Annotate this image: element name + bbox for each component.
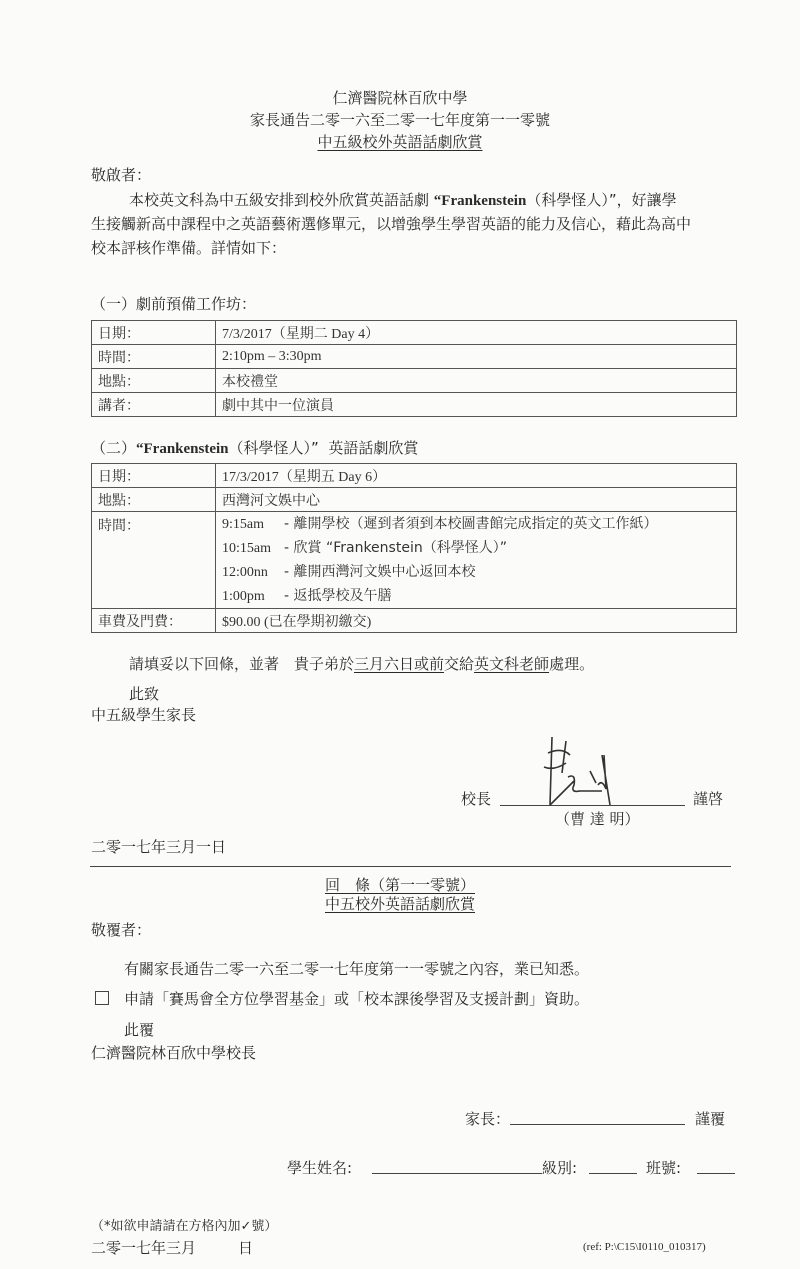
principal-label: 校長: [461, 788, 491, 809]
recipient: 英文科老師: [474, 655, 549, 673]
reply-salutation: 敬覆者：: [91, 919, 151, 940]
notice-subject: 中五級校外英語話劇欣賞: [0, 131, 800, 152]
play-title: “Frankenstein: [136, 441, 229, 457]
venue-value: 西灣河文娛中心: [216, 488, 737, 512]
parent-signature-field[interactable]: [510, 1124, 685, 1125]
schedule-time: 1:00pm: [222, 585, 284, 609]
row-label: 地點：: [92, 369, 216, 393]
table-row: 日期：7/3/2017（星期二 Day 4）: [92, 321, 737, 345]
schedule-item: 1:00pm- 返抵學校及午膳: [222, 584, 736, 608]
intro-text: 本校英文科為中五級安排到校外欣賞英語話劇: [129, 191, 429, 209]
salutation: 敬啟者：: [91, 164, 151, 185]
signature-icon: [540, 733, 620, 808]
notice-date: 二零一七年三月一日: [91, 836, 226, 857]
reference-code: (ref: P:\C15\I0110_010317): [583, 1241, 706, 1253]
play-table: 日期：17/3/2017（星期五 Day 6） 地點：西灣河文娛中心 時間： 9…: [91, 463, 737, 633]
row-value: 本校禮堂: [216, 369, 737, 393]
schedule-time: 12:00nn: [222, 561, 284, 585]
footnote: （*如欲申請請在方格內加✓號）: [91, 1215, 277, 1234]
schedule-cell: 9:15am- 離開學校（遲到者須到本校圖書館完成指定的英文工作紙） 10:15…: [216, 512, 737, 609]
date-value: 17/3/2017（星期五 Day 6）: [216, 464, 737, 488]
table-row: 講者：劇中其中一位演員: [92, 393, 737, 417]
table-row: 地點：西灣河文娛中心: [92, 488, 737, 512]
table-row: 時間：2:10pm – 3:30pm: [92, 345, 737, 369]
schedule-desc: - 離開西灣河文娛中心返回本校: [284, 564, 476, 580]
row-label: 講者：: [92, 393, 216, 417]
venue-label: 地點：: [92, 488, 216, 512]
section2-heading: （二）“Frankenstein（科學怪人）” 英語話劇欣賞: [91, 437, 418, 458]
row-value: 劇中其中一位演員: [216, 393, 737, 417]
class-field[interactable]: [589, 1173, 637, 1174]
subsidy-checkbox[interactable]: [95, 991, 109, 1005]
schedule-desc: - 返抵學校及午膳: [284, 588, 392, 604]
time-label: 時間：: [92, 512, 216, 609]
schedule-item: 10:15am- 欣賞 “Frankenstein（科學怪人）”: [222, 536, 736, 560]
workshop-table: 日期：7/3/2017（星期二 Day 4） 時間：2:10pm – 3:30p…: [91, 320, 737, 417]
reply-title-text: 回 條（第一一零號）: [325, 876, 475, 894]
reply-subtitle-text: 中五校外英語話劇欣賞: [325, 895, 475, 913]
schedule-item: 9:15am- 離開學校（遲到者須到本校圖書館完成指定的英文工作紙）: [222, 512, 736, 536]
reply-closing: 此覆: [124, 1019, 154, 1040]
row-value: 2:10pm – 3:30pm: [216, 345, 737, 369]
parent-respect: 謹覆: [695, 1108, 725, 1129]
date-label: 日期：: [92, 464, 216, 488]
class-no-label: 班號:: [646, 1157, 681, 1178]
reply-date: 二零一七年三月日: [91, 1237, 253, 1258]
student-name-label: 學生姓名:: [287, 1157, 352, 1178]
subsidy-option: 申請「賽馬會全方位學習基金」或「校本課後學習及支援計劃」資助。: [124, 988, 589, 1009]
intro-line-1: 本校英文科為中五級安排到校外欣賞英語話劇 “Frankenstein（科學怪人）…: [129, 189, 677, 210]
student-name-field[interactable]: [372, 1173, 542, 1174]
section1-heading: （一）劇前預備工作坊：: [91, 293, 256, 314]
addressee: 中五級學生家長: [91, 704, 196, 725]
cut-line-divider: [90, 866, 731, 867]
intro-text-post: ，好讓學: [617, 191, 677, 209]
respectfully: 謹啓: [693, 788, 723, 809]
reply-addressee: 仁濟醫院林百欣中學校長: [91, 1042, 256, 1063]
fee-value: $90.00 (已在學期初繳交): [216, 609, 737, 633]
return-instruction: 請填妥以下回條，並著 貴子弟於三月六日或前交給英文科老師處理。: [129, 653, 594, 674]
principal-name: （曹 達 明）: [555, 808, 640, 829]
class-label: 級別:: [542, 1157, 577, 1178]
schedule-desc: - 離開學校（遲到者須到本校圖書館完成指定的英文工作紙）: [284, 516, 658, 532]
schedule-desc: - 欣賞 “Frankenstein（科學怪人）”: [284, 540, 507, 556]
instruction-text: 處理。: [549, 655, 594, 673]
parent-label: 家長：: [465, 1108, 510, 1129]
intro-line-3: 校本評核作準備。詳情如下：: [91, 237, 286, 258]
closing-line: 此致: [129, 683, 159, 704]
table-row: 車費及門費：$90.00 (已在學期初繳交): [92, 609, 737, 633]
schedule-time: 9:15am: [222, 513, 284, 537]
schedule-item: 12:00nn- 離開西灣河文娛中心返回本校: [222, 560, 736, 584]
class-no-field[interactable]: [697, 1173, 735, 1174]
schedule-time: 10:15am: [222, 537, 284, 561]
row-label: 時間：: [92, 345, 216, 369]
deadline: 三月六日或前: [354, 655, 444, 673]
play-title-cn: （科學怪人）”: [229, 439, 319, 457]
school-name: 仁濟醫院林百欣中學: [0, 87, 800, 108]
reply-date-post: 日: [238, 1239, 253, 1257]
table-row: 時間： 9:15am- 離開學校（遲到者須到本校圖書館完成指定的英文工作紙） 1…: [92, 512, 737, 609]
row-value: 7/3/2017（星期二 Day 4）: [216, 321, 737, 345]
section2-heading-text: 英語話劇欣賞: [328, 439, 418, 457]
table-row: 日期：17/3/2017（星期五 Day 6）: [92, 464, 737, 488]
reply-subtitle: 中五校外英語話劇欣賞: [0, 893, 800, 914]
play-title-cn: （科學怪人）”: [526, 191, 616, 209]
notice-number: 家長通告二零一六至二零一七年度第一一零號: [0, 109, 800, 130]
intro-line-2: 生接觸新高中課程中之英語藝術選修單元，以增強學生學習英語的能力及信心，藉此為高中: [91, 213, 691, 234]
instruction-text: 請填妥以下回條，並著 貴子弟於: [129, 655, 354, 673]
fee-label: 車費及門費：: [92, 609, 216, 633]
notice-subject-text: 中五級校外英語話劇欣賞: [317, 133, 482, 151]
table-row: 地點：本校禮堂: [92, 369, 737, 393]
instruction-text: 交給: [444, 655, 474, 673]
reply-title: 回 條（第一一零號）: [0, 874, 800, 895]
row-label: 日期：: [92, 321, 216, 345]
reply-date-pre: 二零一七年三月: [91, 1239, 196, 1257]
section2-number: （二）: [91, 439, 136, 457]
play-title: “Frankenstein: [434, 193, 527, 209]
acknowledgement: 有關家長通告二零一六至二零一七年度第一一零號之內容，業已知悉。: [124, 958, 589, 979]
